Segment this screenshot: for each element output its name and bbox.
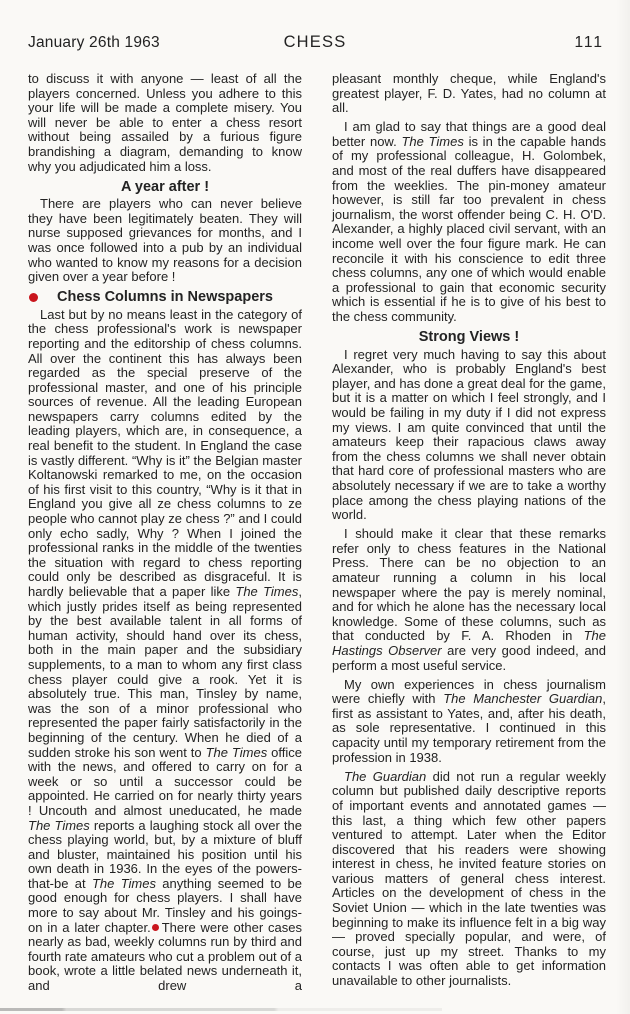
text-run: , which justly prides itself as being re… bbox=[28, 584, 302, 760]
paragraph: I should make it clear that these remark… bbox=[332, 527, 606, 673]
red-bullet-icon bbox=[29, 293, 38, 302]
paragraph: pleasant monthly cheque, while England's… bbox=[332, 72, 606, 116]
paragraph: There are players who can never believe … bbox=[28, 197, 302, 285]
text-run: is in the capable hands of my profession… bbox=[332, 134, 606, 324]
text-run: I should make it clear that these remark… bbox=[332, 526, 606, 643]
text-run: There are players who can never believe … bbox=[28, 196, 302, 284]
page-number: 111 bbox=[574, 34, 604, 52]
paragraph: The Guardian did not run a regular weekl… bbox=[332, 770, 606, 989]
italic-text-run: The Times bbox=[92, 876, 156, 891]
section-heading-label: Chess Columns in Newspapers bbox=[57, 289, 273, 305]
left-column: to discuss it with anyone — least of all… bbox=[28, 72, 302, 998]
italic-text-run: The Times bbox=[235, 584, 298, 599]
text-run: pleasant monthly cheque, while England's… bbox=[332, 71, 606, 115]
scan-artifact-line bbox=[0, 1008, 442, 1011]
italic-text-run: The Times bbox=[28, 818, 90, 833]
section-heading-label: Strong Views ! bbox=[419, 329, 519, 345]
scanned-page: January 26th 1963 CHESS 111 to discuss i… bbox=[0, 0, 630, 1014]
paragraph: Last but by no means least in the catego… bbox=[28, 308, 302, 994]
text-run: Last but by no means least in the catego… bbox=[28, 307, 302, 599]
section-heading: A year after ! bbox=[28, 179, 302, 195]
text-run: did not run a regular weekly column but … bbox=[332, 769, 606, 988]
section-heading-label: A year after ! bbox=[121, 179, 209, 195]
magazine-title: CHESS bbox=[0, 33, 630, 52]
italic-text-run: The Guardian bbox=[344, 769, 426, 784]
paragraph: My own experiences in chess journalism w… bbox=[332, 678, 606, 766]
red-inline-dot-icon bbox=[152, 924, 159, 931]
paragraph: I regret very much having to say this ab… bbox=[332, 348, 606, 523]
right-column: pleasant monthly cheque, while England's… bbox=[332, 72, 606, 998]
two-column-text: to discuss it with anyone — least of all… bbox=[28, 72, 606, 998]
paragraph: I am glad to say that things are a good … bbox=[332, 120, 606, 324]
section-heading: Strong Views ! bbox=[332, 329, 606, 345]
italic-text-run: The Times bbox=[206, 745, 268, 760]
text-run: I regret very much having to say this ab… bbox=[332, 347, 606, 523]
italic-text-run: The Manchester Guardian bbox=[443, 691, 602, 706]
section-heading: Chess Columns in Newspapers bbox=[28, 289, 302, 305]
italic-text-run: The Times bbox=[401, 134, 463, 149]
paragraph: to discuss it with anyone — least of all… bbox=[28, 72, 302, 174]
text-run: to discuss it with anyone — least of all… bbox=[28, 71, 302, 174]
